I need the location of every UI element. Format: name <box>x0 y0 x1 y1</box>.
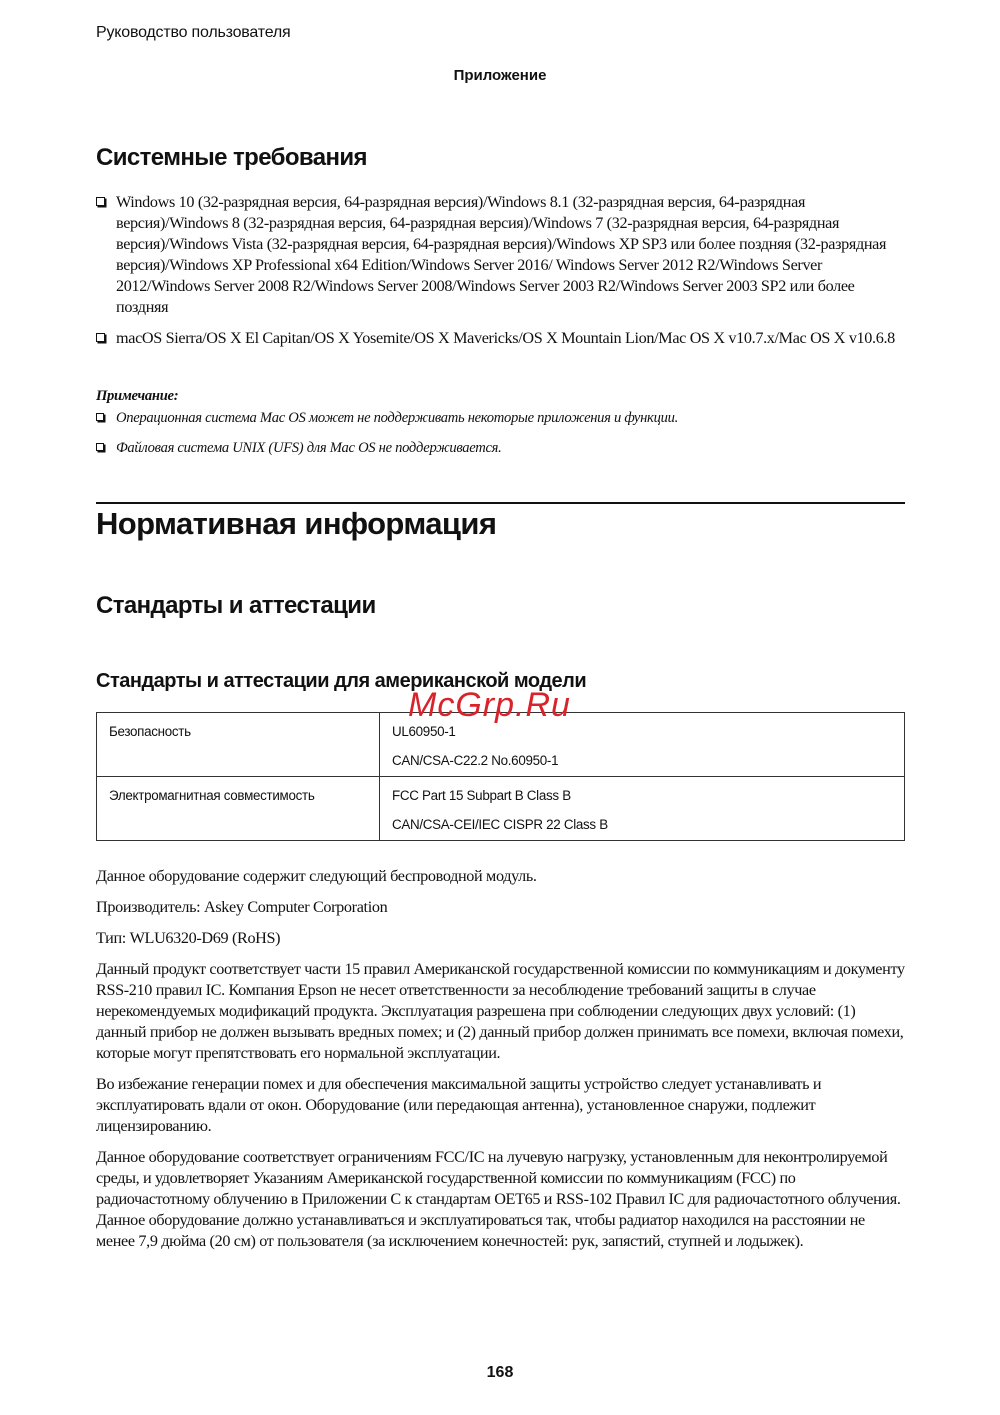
checkbox-bullet-icon <box>96 197 105 206</box>
checkbox-bullet-icon <box>96 333 105 342</box>
paragraph: Производитель: Askey Computer Corporatio… <box>96 897 906 918</box>
regulatory-body: Данное оборудование содержит следующий б… <box>96 866 906 1262</box>
list-item: Windows 10 (32-разрядная версия, 64-разр… <box>96 192 896 318</box>
table-value: FCC Part 15 Subpart B Class B <box>392 788 892 804</box>
system-requirements-list: Windows 10 (32-разрядная версия, 64-разр… <box>96 192 896 359</box>
list-item: macOS Sierra/OS X El Capitan/OS X Yosemi… <box>96 328 896 349</box>
table-cell-label: Безопасность <box>97 713 380 777</box>
standards-table: Безопасность UL60950-1 CAN/CSA-C22.2 No.… <box>96 712 905 841</box>
watermark: McGrp.Ru <box>408 686 571 725</box>
note-item-text: Операционная система Mac OS может не под… <box>116 410 678 426</box>
paragraph: Во избежание генерации помех и для обесп… <box>96 1074 906 1137</box>
table-value: CAN/CSA-C22.2 No.60950-1 <box>392 753 892 769</box>
note-block: Примечание: Операционная система Mac OS … <box>96 388 896 468</box>
paragraph: Тип: WLU6320-D69 (RoHS) <box>96 928 906 949</box>
paragraph: Данный продукт соответствует части 15 пр… <box>96 959 906 1064</box>
system-requirements-heading: Системные требования <box>96 144 367 172</box>
running-header-title: Руководство пользователя <box>96 24 290 42</box>
chapter-divider <box>96 502 905 504</box>
list-item-text: macOS Sierra/OS X El Capitan/OS X Yosemi… <box>116 329 895 347</box>
table-value: UL60950-1 <box>392 724 892 740</box>
page-number: 168 <box>0 1364 1000 1382</box>
running-header-section: Приложение <box>0 67 1000 84</box>
table-value: CAN/CSA-CEI/IEC CISPR 22 Class B <box>392 817 892 833</box>
list-item-text: Windows 10 (32-разрядная версия, 64-разр… <box>116 193 886 316</box>
note-item-text: Файловая система UNIX (UFS) для Mac OS н… <box>116 440 502 456</box>
paragraph: Данное оборудование содержит следующий б… <box>96 866 906 887</box>
table-cell-values: FCC Part 15 Subpart B Class B CAN/CSA-CE… <box>380 777 905 841</box>
paragraph: Данное оборудование соответствует ограни… <box>96 1147 906 1252</box>
regulatory-heading: Нормативная информация <box>96 506 496 542</box>
standards-heading: Стандарты и аттестации <box>96 592 376 620</box>
note-item: Файловая система UNIX (UFS) для Mac OS н… <box>96 438 896 458</box>
note-item: Операционная система Mac OS может не под… <box>96 408 896 428</box>
table-cell-label: Электромагнитная совместимость <box>97 777 380 841</box>
table-row: Электромагнитная совместимость FCC Part … <box>97 777 905 841</box>
note-title: Примечание: <box>96 388 896 405</box>
checkbox-bullet-icon <box>96 443 104 451</box>
checkbox-bullet-icon <box>96 413 104 421</box>
